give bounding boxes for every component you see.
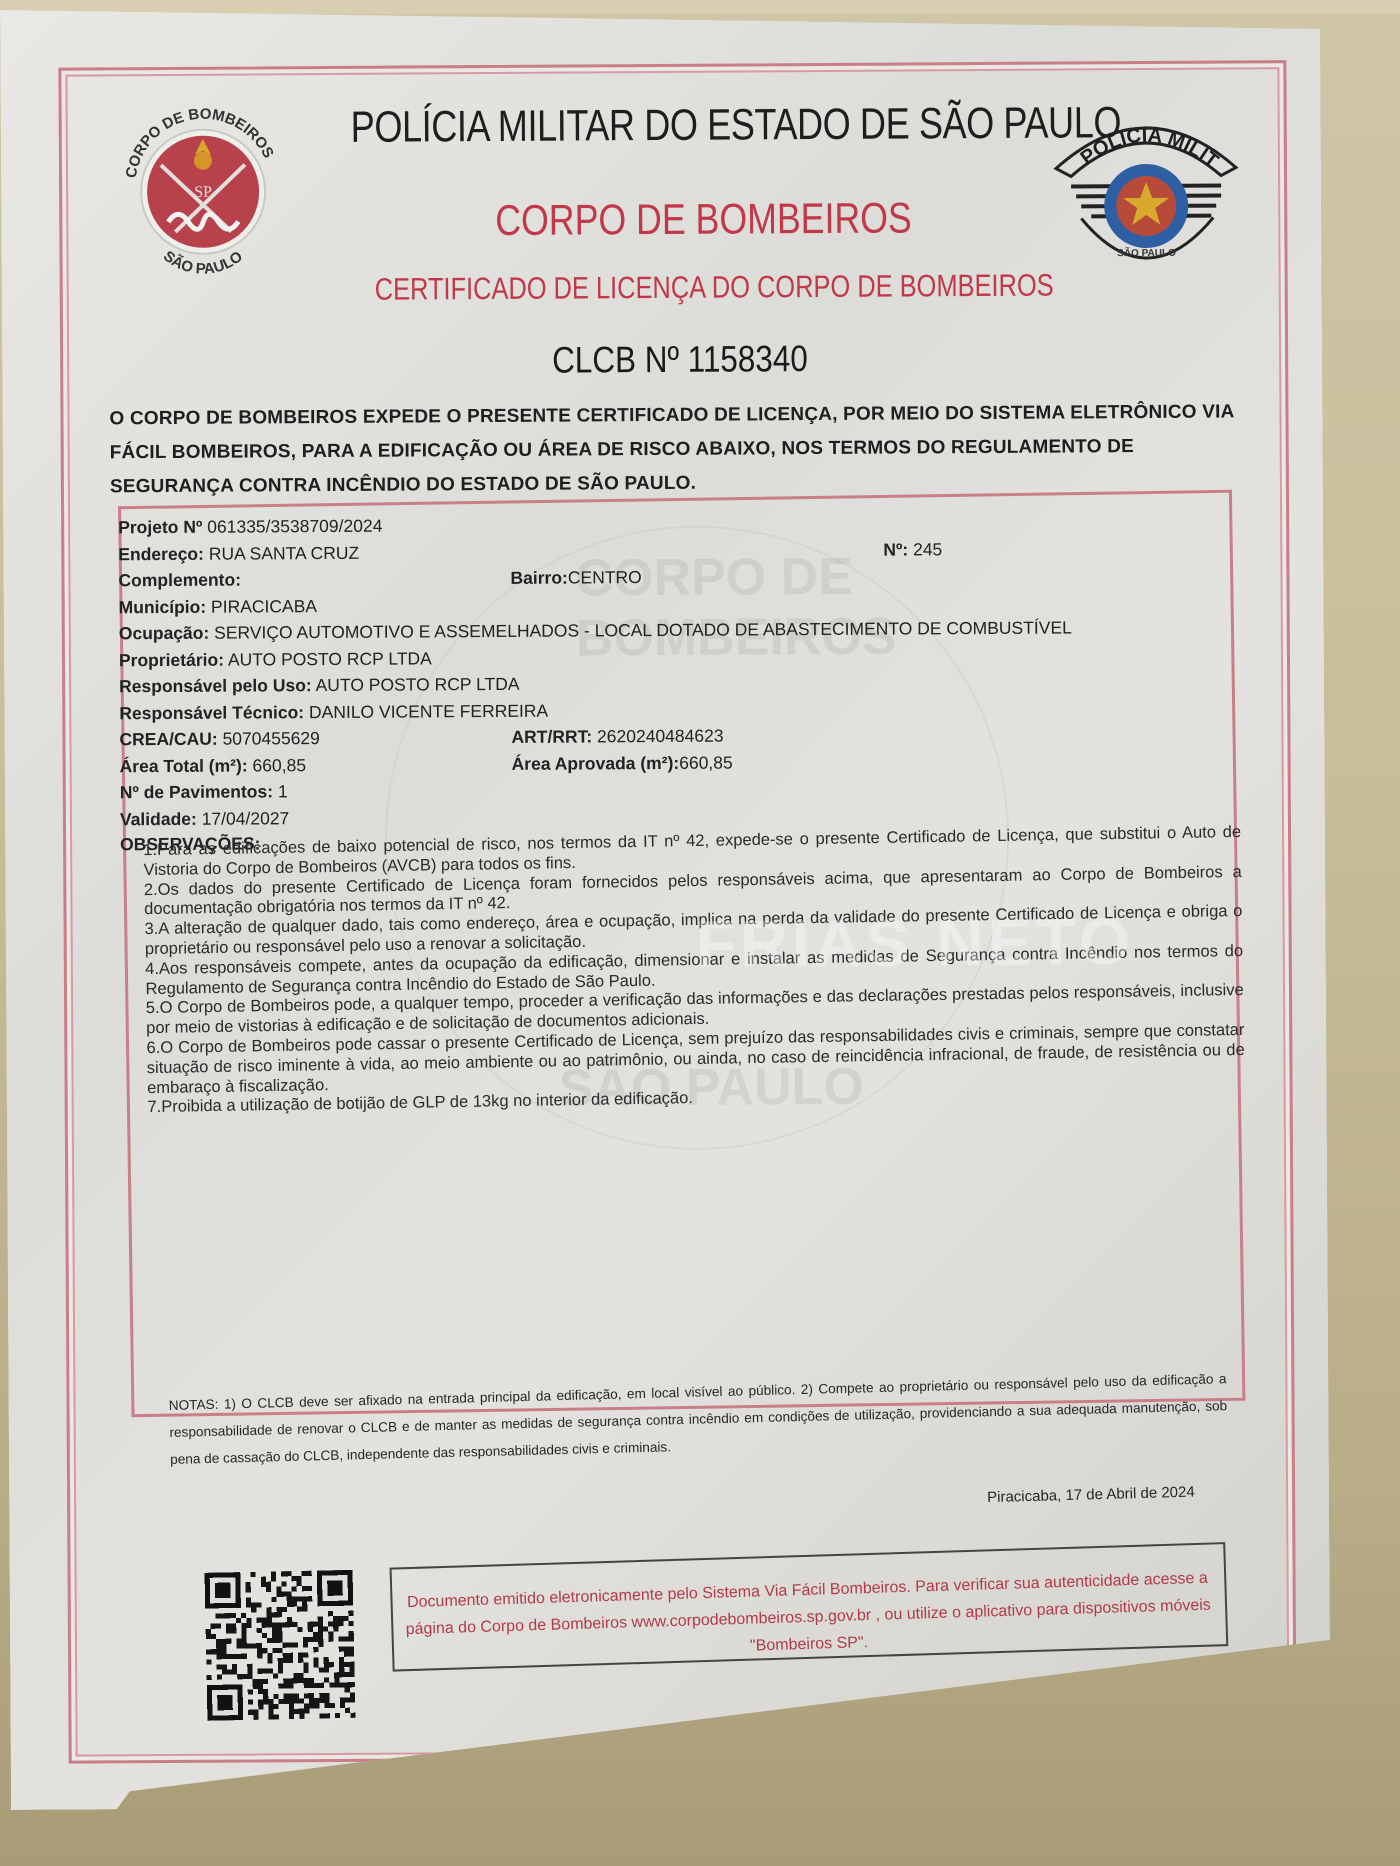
brand-watermark: FRIAS NETO xyxy=(695,903,1134,982)
certificate-number: CLCB Nº 1158340 xyxy=(552,338,808,382)
qr-code-icon xyxy=(195,1570,366,1721)
intro-paragraph: O CORPO DE BOMBEIROS EXPEDE O PRESENTE C… xyxy=(109,395,1260,504)
svg-text:SP: SP xyxy=(194,184,212,201)
field-numero: Nº: 245 xyxy=(883,536,942,562)
certificate-paper: CORPO DE BOMBEIROS SP SÃO PAULO POLICIA … xyxy=(0,2,1331,1810)
bombeiros-crest-icon: CORPO DE BOMBEIROS SP SÃO PAULO xyxy=(112,76,293,287)
field-art-rrt: ART/RRT: 2620240484623 xyxy=(511,723,723,750)
certificate-title: CERTIFICADO DE LICENÇA DO CORPO DE BOMBE… xyxy=(375,268,1054,308)
wall xyxy=(0,0,1400,14)
field-bairro: Bairro:CENTRO xyxy=(510,564,641,591)
field-area-aprovada: Área Aprovada (m²):660,85 xyxy=(512,749,733,776)
department-title: CORPO DE BOMBEIROS xyxy=(495,194,912,246)
agency-title: POLÍCIA MILITAR DO ESTADO DE SÃO PAULO xyxy=(351,98,1122,153)
svg-text:SÃO PAULO: SÃO PAULO xyxy=(1117,246,1176,259)
details-fields: Projeto Nº 061335/3538709/2024 Endereço:… xyxy=(118,508,1230,856)
